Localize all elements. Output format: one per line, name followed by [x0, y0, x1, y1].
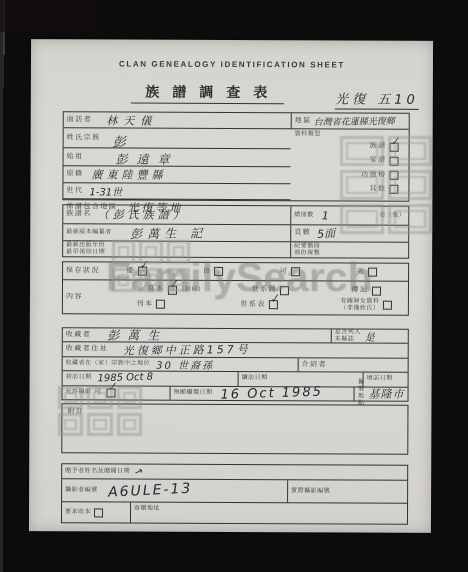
- checkmark-icon: ✓: [168, 279, 179, 291]
- locality-value: 台灣省花蓮縣光復鄉: [314, 114, 395, 128]
- form-title-wrap: 族譜調查表: [31, 81, 385, 103]
- scanned-form-page: CLAN GENEALOGY IDENTIFICATION SHEET 族譜調查…: [29, 39, 433, 533]
- scan-corner-shadow: [0, 0, 95, 32]
- content-label-cell: 內容: [63, 280, 118, 313]
- checkbox: ✓: [214, 267, 223, 276]
- scan-edge-artifact: [0, 0, 5, 55]
- pages-label: 頁數: [294, 229, 311, 237]
- photographer-no-cell: 攝影者編號 A6ULE-13: [62, 479, 287, 502]
- form-chinese-title: 族譜調查表: [131, 84, 284, 105]
- generations-row: 世代 1-31世: [63, 182, 290, 199]
- film-place-cell: 攝製地點 基隆市: [354, 387, 408, 401]
- data-type-box: 資料類型 族譜 ✓ 家譜 ✓ 功德榜 ✓: [290, 129, 408, 201]
- checkmark-icon: ✓: [138, 260, 149, 272]
- condition-label: 保存狀況: [66, 267, 100, 275]
- volumes-cell: 總冊數 1 卷（集）: [290, 206, 408, 225]
- condition-option-good: 良 ✓: [203, 267, 224, 276]
- content-option-lineage-table: 世系表 ✓: [240, 300, 340, 309]
- checkbox: ✓: [269, 300, 278, 309]
- pages-cell: 頁數 5面: [290, 225, 408, 242]
- scan-edge-artifact: [0, 0, 4, 88]
- content-options: 寫本 ✓ （影印） 世系圖 ✓ 傳記 ✓: [118, 281, 408, 315]
- owner-name-label: 收藏者: [66, 331, 92, 339]
- additional-visit-label: 增訪日期: [367, 376, 393, 383]
- option-label: 族譜: [370, 143, 387, 151]
- owner-address-label: 收藏者住址: [66, 345, 109, 353]
- film-date-cell: 預願攝製日期 16 Oct 1985: [169, 386, 354, 400]
- identity-table: 面訪者 林天儀 地區 台灣省花蓮縣光復鄉 姓氏宗族 彭 始祖 彭遠章: [62, 111, 409, 202]
- interviewer-label: 面訪者: [67, 116, 93, 124]
- remarks-label: 附註: [67, 408, 84, 416]
- listed-value: 是: [365, 329, 375, 344]
- footer-table: 贈予者姓名及贈閱日期 ↗ 攝影者編號 A6ULE-13 實際攝影編號 要求收本 …: [61, 463, 408, 525]
- option-label: 刊本: [136, 300, 153, 308]
- handwritten-flourish: ↗: [133, 465, 145, 478]
- checkbox: ✓: [371, 286, 380, 295]
- surname-label: 姓氏宗族: [67, 134, 101, 142]
- option-label: 家譜: [370, 157, 387, 165]
- interviewer-cell: 面訪者 林天儀: [64, 112, 291, 128]
- request-copy-cell: 要求收本 ✓: [62, 502, 130, 522]
- content-option-lineage-chart: 世系圖 ✓: [251, 286, 351, 295]
- volumes-suffix: 卷（集）: [379, 212, 405, 219]
- condition-option-poor: 劣 ✓: [357, 268, 378, 277]
- remarks-box: 附註: [61, 403, 408, 455]
- genealogy-title-label: 族譜名: [66, 210, 92, 218]
- condition-option-excellent: 優 ✓: [126, 267, 147, 276]
- option-note: （非僅姓氏）: [340, 305, 379, 312]
- option-label: 良: [203, 267, 212, 275]
- data-type-option-jiapu: 家譜 ✓: [370, 156, 399, 165]
- compiler-cell: 最新版本編纂者 彭萬生 記: [63, 224, 290, 241]
- condition-content-table: 保存狀況 優 ✓ 良 ✓ 可 ✓: [62, 261, 409, 316]
- introducer-cell: 介紹者: [298, 358, 408, 372]
- checkbox: ✓: [382, 301, 391, 310]
- owner-table: 收藏者 彭萬生 是否列入 本縣誌 是 收藏者住址 光復鄉中正路157号: [61, 327, 408, 402]
- listed-cell: 是否列入 本縣誌 是: [331, 329, 408, 343]
- option-label: 寫本: [147, 286, 164, 294]
- owner-position-value: 30 世裔孫: [156, 357, 214, 372]
- film-date-value: 16 Oct 1985: [220, 384, 323, 402]
- condition-option-fair: 可 ✓: [280, 267, 301, 276]
- owner-position-label: 收藏者在（家）宗族中之地位: [66, 360, 151, 367]
- checkbox: ✓: [389, 185, 398, 194]
- content-label: 內容: [66, 293, 83, 301]
- option-label: 可: [280, 268, 289, 276]
- locality-label: 地區: [295, 117, 312, 125]
- volumes-label: 總冊數: [294, 212, 314, 219]
- film-permission-option: 可: [95, 389, 104, 397]
- generations-value: 1-31世: [89, 183, 122, 198]
- film-place-value: 基隆市: [368, 386, 404, 402]
- form-english-title: CLAN GENEALOGY IDENTIFICATION SHEET: [31, 59, 433, 70]
- data-type-option-zupu: 族譜 ✓: [370, 142, 399, 151]
- compiler-label: 最新版本編纂者: [66, 229, 112, 236]
- microfilm-scan-frame: CLAN GENEALOGY IDENTIFICATION SHEET 族譜調查…: [0, 0, 468, 572]
- option-label: 劣: [357, 268, 366, 276]
- option-label: 世系表: [240, 301, 266, 309]
- scan-edge-line: [0, 0, 3, 572]
- origin-value: 廣東陸豐縣: [91, 166, 166, 182]
- owner-address-cell: 收藏者住址 光復鄉中正路157号: [63, 343, 408, 358]
- owner-name-cell: 收藏者 彭萬生: [63, 328, 331, 343]
- photographer-no-label: 攝影者編號: [65, 487, 98, 494]
- introducer-label: 介紹者: [302, 361, 328, 369]
- data-type-option-gongdebang: 功德榜 ✓: [361, 171, 399, 180]
- record-note-label-2: 部份複製: [294, 250, 320, 257]
- owner-position-cell: 收藏者在（家）宗族中之地位 30 世裔孫: [63, 357, 298, 371]
- checkbox: ✓: [390, 142, 399, 151]
- genealogy-title-cell: 族譜名 （彭氏族譜）: [63, 205, 290, 224]
- checkbox: ✓: [94, 508, 103, 517]
- surname-value: 彭: [113, 131, 126, 150]
- option-label: 傳記: [351, 287, 368, 295]
- pub-year-cell: 最新出版年份 最早領印日期: [63, 241, 290, 257]
- checkbox: ✓: [138, 267, 147, 276]
- handwritten-page-note: 光復 五10: [335, 88, 419, 109]
- checkbox: ✓: [389, 171, 398, 180]
- first-visit-cell: 初訪日期 1985 Oct 8: [63, 371, 238, 385]
- donor-cell: 贈予者姓名及贈閱日期 ↗: [62, 464, 407, 480]
- checkmark-icon: ✓: [390, 136, 401, 148]
- origin-label: 原籍: [66, 170, 83, 178]
- first-visit-value: 1985 Oct 8: [97, 372, 153, 385]
- generations-label: 世代: [66, 187, 83, 195]
- content-option-manuscript: 寫本 ✓ （影印）: [139, 285, 251, 294]
- donor-label: 贈予者姓名及贈閱日期: [65, 468, 130, 475]
- checkbox: ✓: [156, 300, 165, 309]
- listed-label-2: 本縣誌: [335, 336, 355, 343]
- film-permission-label: 允許攝影: [66, 389, 92, 396]
- locality-cell: 地區 台灣省花蓮縣光復鄉: [291, 113, 409, 129]
- second-visit-label: 續訪日期: [242, 375, 268, 382]
- origin-row: 原籍 廣東陸豐縣: [63, 165, 290, 183]
- checkbox: ✓: [368, 268, 377, 277]
- genealogy-title-value: （彭氏族譜）: [98, 206, 188, 222]
- additional-visit-cell: 增訪日期: [363, 373, 408, 387]
- volumes-value: 1: [322, 209, 329, 222]
- first-ancestor-label: 始祖: [67, 153, 84, 161]
- actual-film-no-cell: 實際攝影編號: [287, 480, 407, 503]
- record-note-cell: 紀要簡冊 部份複製: [290, 242, 408, 258]
- checkbox: ✓: [280, 286, 289, 295]
- checkbox: ✓: [167, 285, 176, 294]
- film-date-label: 預願攝製日期: [173, 390, 212, 397]
- checkbox: ✓: [106, 388, 115, 397]
- compiler-value: 彭萬生 記: [130, 224, 207, 242]
- actual-film-no-label: 實際攝影編號: [291, 488, 330, 495]
- second-visit-cell: 續訪日期: [238, 372, 363, 386]
- pages-value: 5面: [317, 225, 336, 242]
- checkbox: ✓: [291, 267, 300, 276]
- content-option-printed: 刊本 ✓: [128, 300, 240, 309]
- request-copy-label: 要求收本: [65, 509, 91, 516]
- first-ancestor-row: 始祖 彭遠章: [64, 147, 291, 166]
- condition-row: 保存狀況 優 ✓ 良 ✓ 可 ✓: [63, 262, 408, 281]
- option-label: 優: [126, 267, 135, 275]
- data-type-option-other: 其他 ✓: [369, 185, 398, 194]
- content-option-biography: 傳記 ✓: [351, 286, 386, 295]
- donation-address-label: 寄贈地址: [134, 506, 160, 513]
- photographer-no-value: A6ULE-13: [107, 481, 192, 501]
- first-visit-label: 初訪日期: [66, 375, 92, 382]
- checkbox: ✓: [390, 157, 399, 166]
- content-option-women-data: 有關婦女資料 （非僅姓氏） ✓: [340, 298, 397, 312]
- option-note: （影印）: [178, 287, 204, 294]
- book-info-table: 族譜名 （彭氏族譜） 總冊數 1 卷（集） 最新版本編纂者 彭萬生 記 頁數 5…: [62, 204, 409, 259]
- film-permission-cell: 允許攝影 可 ✓: [63, 386, 170, 400]
- donation-address-cell: 寄贈地址: [130, 503, 407, 524]
- option-label: 功德榜: [361, 171, 387, 179]
- pub-year-label-2: 最早領印日期: [66, 249, 105, 256]
- interviewer-value: 林天儀: [106, 112, 157, 128]
- first-ancestor-value: 彭遠章: [116, 150, 179, 167]
- surname-row: 姓氏宗族 彭: [64, 128, 291, 148]
- option-label: 其他: [369, 185, 386, 193]
- checkmark-icon: ✓: [269, 294, 280, 306]
